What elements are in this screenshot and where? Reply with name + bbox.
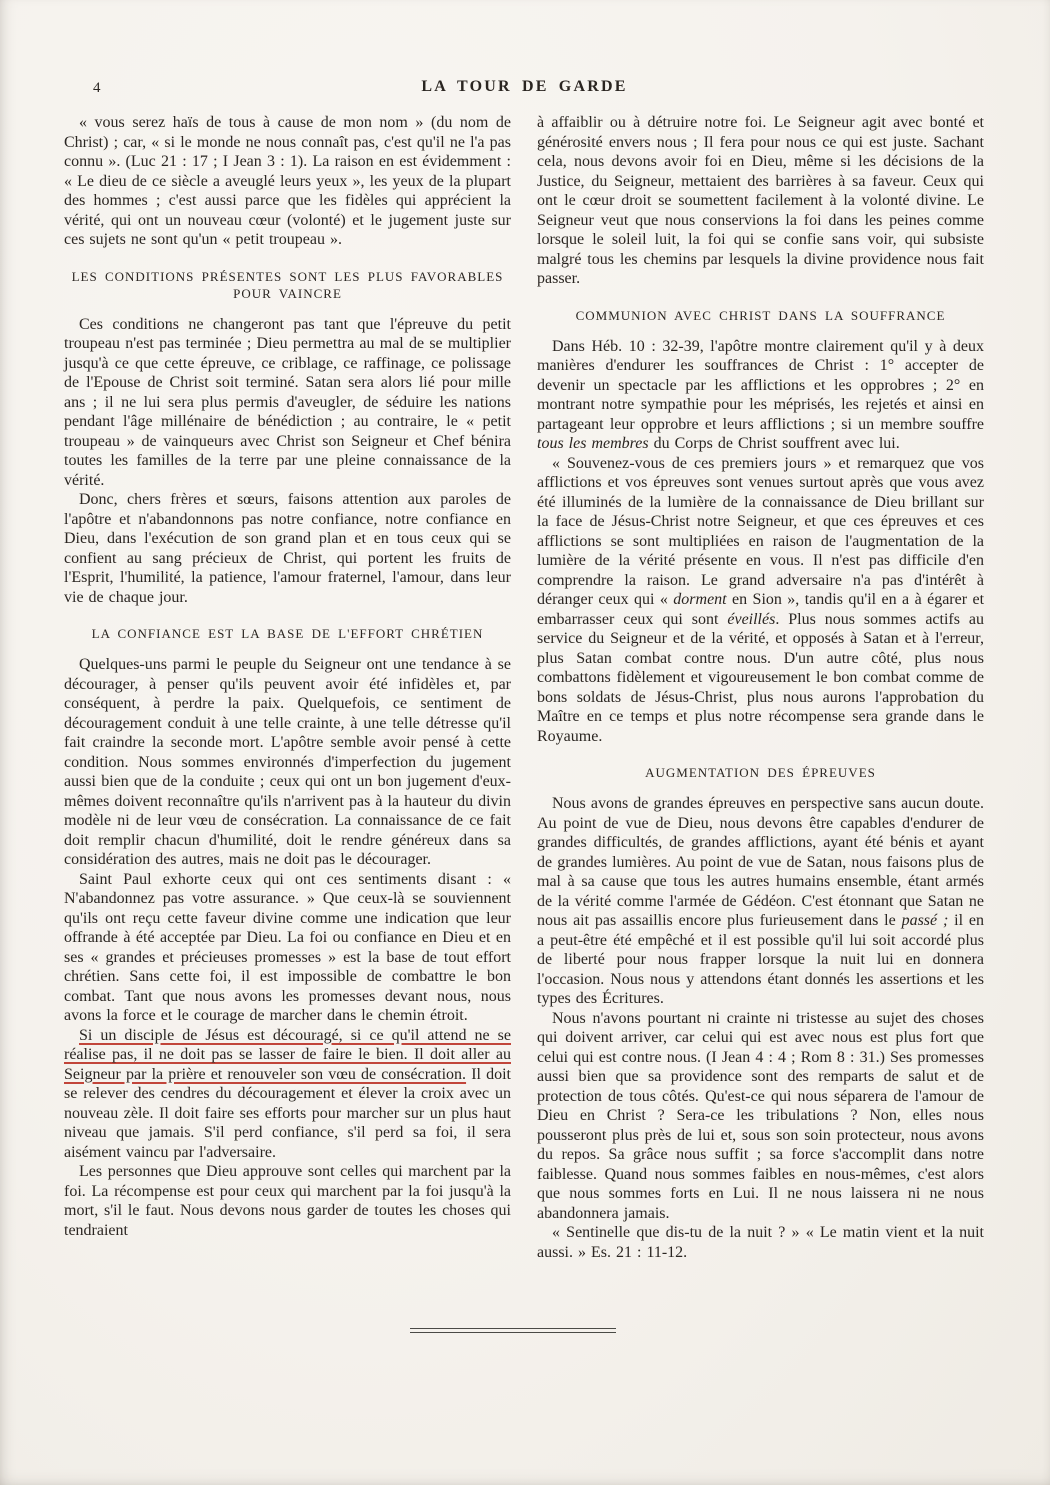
paragraph: Nous n'avons pourtant ni crainte ni tris…: [537, 1009, 984, 1224]
text-run: « vous serez haïs de tous à cause de mon…: [64, 114, 511, 248]
text-run: du Corps de Christ souffrent avec lui.: [649, 435, 900, 452]
italic-text: tous les membres: [537, 435, 649, 452]
text-run: Saint Paul exhorte ceux qui ont ces sent…: [64, 871, 511, 1025]
text-run: Dans Héb. 10 : 32-39, l'apôtre montre cl…: [537, 338, 984, 433]
page-header: 4 LA TOUR DE GARDE: [64, 78, 985, 102]
text-run: Quelques-uns parmi le peuple du Seigneur…: [64, 656, 511, 868]
italic-text: éveillés: [727, 611, 775, 628]
paragraph: « Souvenez-vous de ces premiers jours » …: [537, 454, 984, 747]
text-run: Ces conditions ne changeront pas tant qu…: [64, 316, 511, 489]
text-run: « Souvenez-vous de ces premiers jours » …: [537, 455, 984, 609]
paragraph: Donc, chers frères et sœurs, faisons att…: [64, 490, 511, 607]
paragraph: Si un disciple de Jésus est découragé, s…: [64, 1026, 511, 1163]
page-number: 4: [93, 80, 101, 97]
text-run: Les personnes que Dieu approuve sont cel…: [64, 1163, 511, 1239]
text-run: Nous n'avons pourtant ni crainte ni tris…: [537, 1010, 984, 1222]
text-run: . Plus nous sommes actifs au service du …: [537, 611, 984, 745]
text-run: « Sentinelle que dis-tu de la nuit ? » «…: [537, 1224, 984, 1261]
section-heading: COMMUNION AVEC CHRIST DANS LA SOUFFRANCE: [543, 307, 978, 324]
section-divider-rule: [410, 1328, 616, 1333]
document-page: 4 LA TOUR DE GARDE « vous serez haïs de …: [0, 0, 1050, 1485]
section-heading: AUGMENTATION DES ÉPREUVES: [543, 764, 978, 781]
page-title: LA TOUR DE GARDE: [64, 78, 985, 96]
left-column: « vous serez haïs de tous à cause de mon…: [64, 113, 511, 1262]
right-column: à affaiblir ou à détruire notre foi. Le …: [537, 113, 984, 1262]
section-heading: LES CONDITIONS PRÉSENTES SONT LES PLUS F…: [70, 268, 505, 302]
paragraph: à affaiblir ou à détruire notre foi. Le …: [537, 113, 984, 289]
paragraph: Quelques-uns parmi le peuple du Seigneur…: [64, 655, 511, 870]
text-run: Donc, chers frères et sœurs, faisons att…: [64, 491, 511, 606]
italic-text: dorment: [673, 591, 726, 608]
paragraph: « vous serez haïs de tous à cause de mon…: [64, 113, 511, 250]
italic-text: passé ;: [902, 912, 949, 929]
paragraph: Saint Paul exhorte ceux qui ont ces sent…: [64, 870, 511, 1026]
paragraph: Les personnes que Dieu approuve sont cel…: [64, 1162, 511, 1240]
red-underlined-text: Si un disciple de Jésus est découragé, s…: [64, 1027, 511, 1083]
text-run: à affaiblir ou à détruire notre foi. Le …: [537, 114, 984, 287]
text-run: Nous avons de grandes épreuves en perspe…: [537, 795, 984, 929]
section-heading: LA CONFIANCE EST LA BASE DE L'EFFORT CHR…: [70, 625, 505, 642]
paragraph: Ces conditions ne changeront pas tant qu…: [64, 315, 511, 491]
paragraph: « Sentinelle que dis-tu de la nuit ? » «…: [537, 1223, 984, 1262]
article-body: « vous serez haïs de tous à cause de mon…: [64, 113, 985, 1262]
paragraph: Nous avons de grandes épreuves en perspe…: [537, 794, 984, 1009]
paragraph: Dans Héb. 10 : 32-39, l'apôtre montre cl…: [537, 337, 984, 454]
